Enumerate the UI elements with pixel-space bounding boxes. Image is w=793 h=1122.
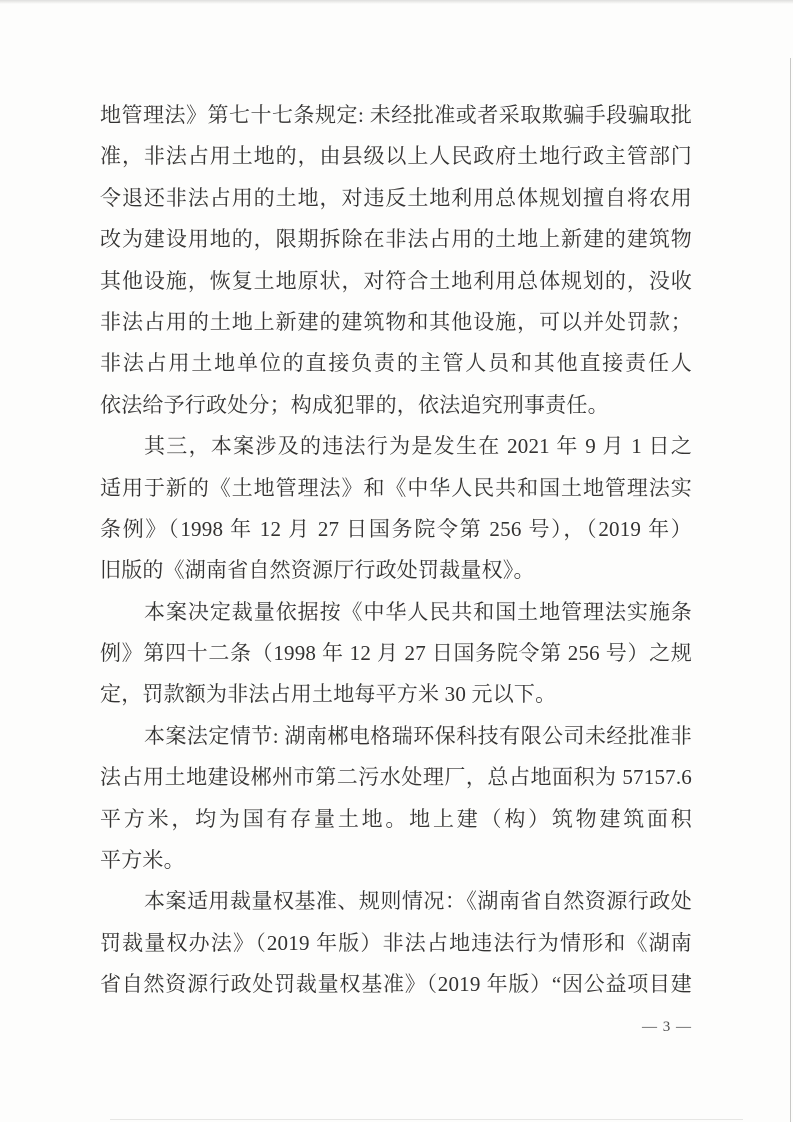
text-line: 依法给予行政处分；构成犯罪的，依法追究刑事责任。 (100, 385, 692, 426)
text-line: 改为建设用地的，限期拆除在非法占用的土地上新建的建筑物和 (100, 219, 692, 260)
text-line: 旧版的《湖南省自然资源厅行政处罚裁量权》。 (100, 550, 692, 591)
text-line: 令退还非法占用的土地，对违反土地利用总体规划擅自将农用地 (100, 178, 692, 219)
scan-artifact-top-edge (0, 0, 793, 4)
text-line: 例》第四十二条（1998 年 12 月 27 日国务院令第 256 号）之规 (100, 633, 692, 674)
text-line: 适用于新的《土地管理法》和《中华人民共和国土地管理法实施 (100, 468, 692, 509)
text-line: 定，罚款额为非法占用土地每平方米 30 元以下。 (100, 674, 692, 715)
text-line: 非法占用土地单位的直接负责的主管人员和其他直接责任人员， (100, 343, 692, 384)
scan-artifact-right-edge (790, 58, 791, 1122)
text-line: 其他设施，恢复土地原状，对符合土地利用总体规划的，没收在 (100, 261, 692, 302)
document-page: 地管理法》第七十七条规定: 未经批准或者采取欺骗手段骗取批 准，非法占用土地的，… (0, 0, 793, 1122)
text-line: 非法占用的土地上新建的建筑物和其他设施，可以并处罚款；对 (100, 302, 692, 343)
text-line: 平方米。 (100, 840, 692, 881)
text-line: 平方米，均为国有存量土地。地上建（构）筑物建筑面积 4120.52 (100, 799, 692, 840)
text-line: 罚裁量权办法》（2019 年版）非法占地违法行为情形和《湖南 (100, 923, 692, 964)
scan-artifact-bottom-edge (110, 1119, 743, 1120)
text-line: 法占用土地建设郴州市第二污水处理厂，总占地面积为 57157.6 (100, 757, 692, 798)
text-line: 地管理法》第七十七条规定: 未经批准或者采取欺骗手段骗取批 (100, 95, 692, 136)
text-line: 准，非法占用土地的，由县级以上人民政府土地行政主管部门责 (100, 136, 692, 177)
page-number: — 3 — (642, 1016, 692, 1038)
text-line: 本案法定情节: 湖南郴电格瑞环保科技有限公司未经批准非 (100, 716, 692, 757)
text-line: 省自然资源行政处罚裁量权基准》（2019 年版）“因公益项目建 (100, 964, 692, 1005)
text-line: 本案决定裁量依据按《中华人民共和国土地管理法实施条 (100, 592, 692, 633)
document-body-text: 地管理法》第七十七条规定: 未经批准或者采取欺骗手段骗取批 准，非法占用土地的，… (100, 95, 692, 1006)
text-line: 条例》（1998 年 12 月 27 日国务院令第 256 号），（2019 年… (100, 509, 692, 550)
text-line: 本案适用裁量权基准、规则情况：《湖南省自然资源行政处 (100, 881, 692, 922)
text-line: 其三，本案涉及的违法行为是发生在 2021 年 9 月 1 日之前， (100, 426, 692, 467)
